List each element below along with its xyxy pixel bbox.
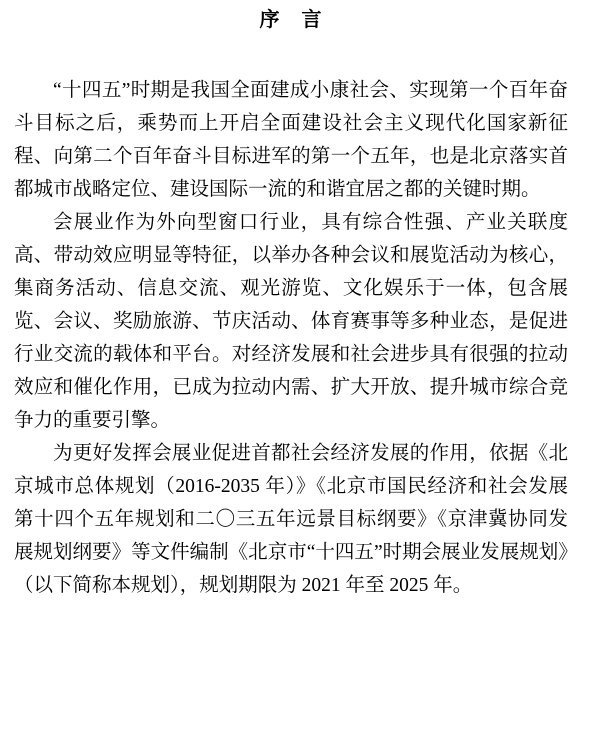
paragraph-intro-fourteenth-five-year: “十四五”时期是我国全面建成小康社会、实现第一个百年奋斗目标之后，乘势而上开启全… (14, 74, 568, 206)
page-title: 序 言 (14, 8, 568, 32)
paragraph-plan-basis-and-term: 为更好发挥会展业促进首都社会经济发展的作用，依据《北京城市总体规划（2016-2… (14, 437, 568, 602)
paragraph-exhibition-industry-role: 会展业作为外向型窗口行业，具有综合性强、产业关联度高、带动效应明显等特征，以举办… (14, 206, 568, 437)
document-page: 序 言 “十四五”时期是我国全面建成小康社会、实现第一个百年奋斗目标之后，乘势而… (0, 0, 592, 746)
